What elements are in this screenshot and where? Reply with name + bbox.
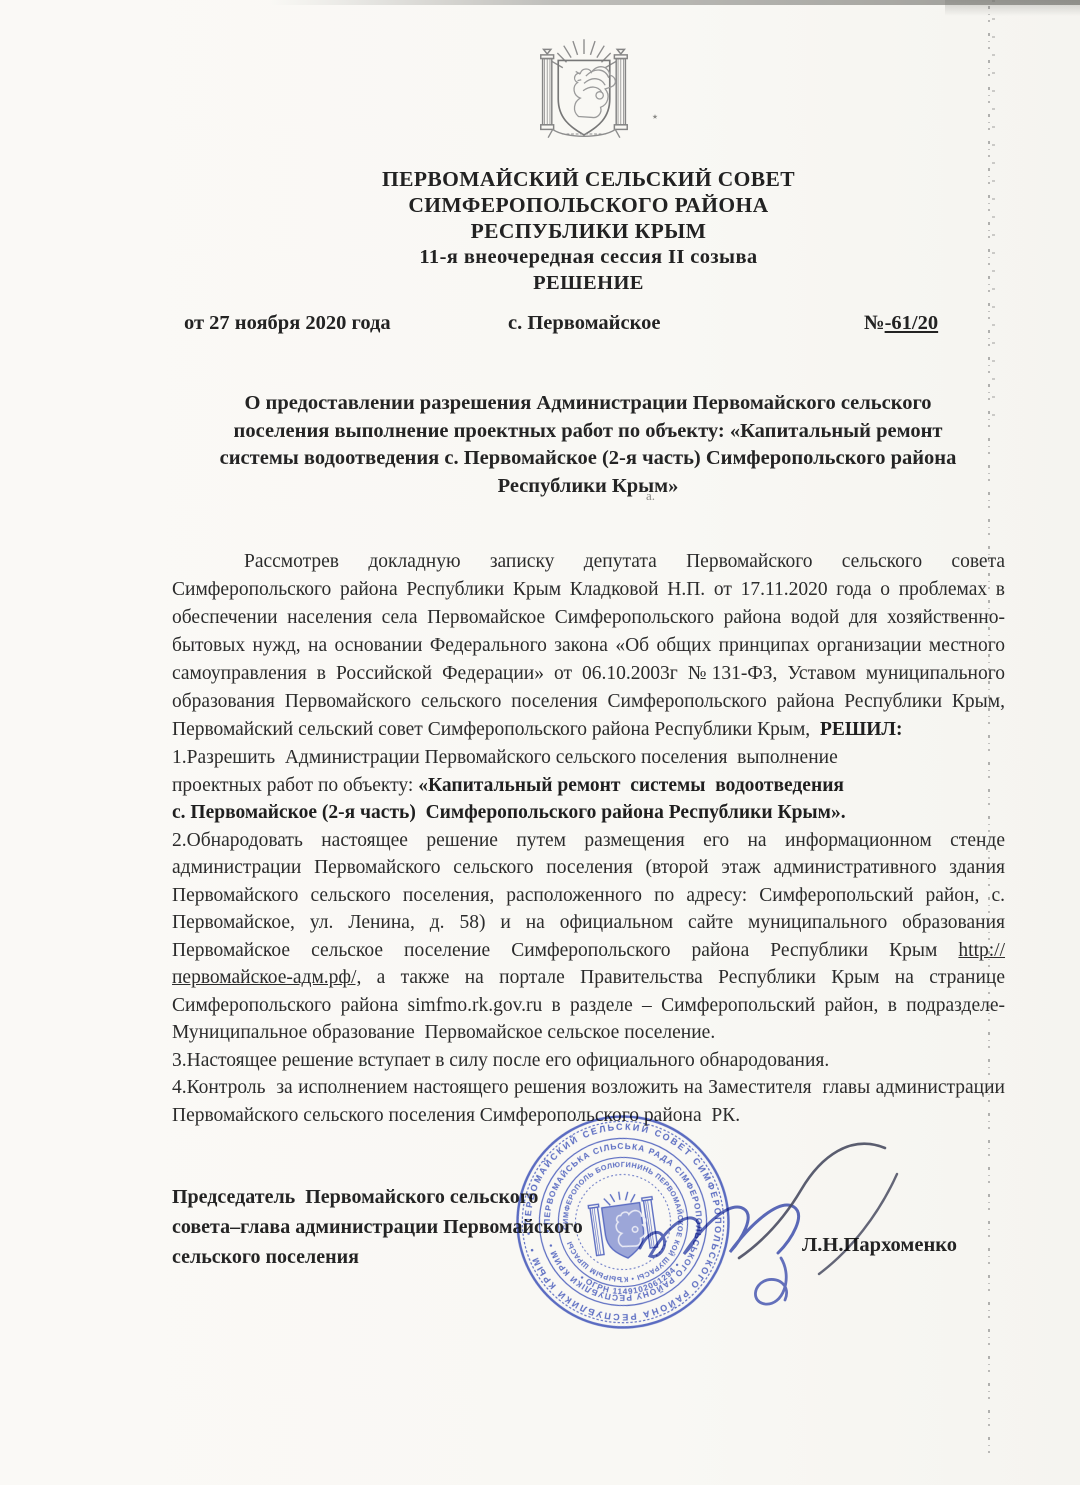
- motto-ribbon-icon: [548, 129, 620, 137]
- scan-edge-artifact: [988, 6, 990, 1458]
- item-paragraph-2: 2.Обнародовать настоящее решение путем р…: [172, 827, 1005, 1047]
- meta-row: от 27 ноября 2020 года с. Первомайское №…: [172, 312, 1005, 344]
- scan-corner-smudge: [945, 0, 1080, 16]
- document-header: ПЕРВОМАЙСКИЙ СЕЛЬСКИЙ СОВЕТ СИМФЕРОПОЛЬС…: [172, 166, 1005, 296]
- document-number: №-61/20: [864, 312, 938, 335]
- document-date: от 27 ноября 2020 года: [184, 312, 391, 335]
- preamble-paragraph: Рассмотрев докладную записку депутата Пе…: [172, 548, 1005, 744]
- item-paragraph-3: 3.Настоящее решение вступает в силу посл…: [172, 1047, 1005, 1075]
- scanned-document-page: ПЕРВОМАЙСКИЙ СЕЛЬСКИЙ СОВЕТ СИМФЕРОПОЛЬС…: [0, 0, 1080, 1485]
- scan-speck-star: ٭: [652, 110, 658, 123]
- sun-rays-icon: [552, 39, 616, 68]
- resolution-items: 1.Разрешить Администрации Первомайского …: [172, 744, 1005, 1129]
- scan-speck-letter: а.: [646, 488, 655, 504]
- document-place: с. Первомайское: [508, 312, 660, 335]
- handwritten-signature: [585, 1128, 925, 1328]
- number-value: -61/20: [885, 312, 939, 334]
- item-paragraph-1: 1.Разрешить Администрации Первомайского …: [172, 744, 922, 827]
- crimea-coat-of-arms: [538, 32, 630, 144]
- session-line: 11-я внеочередная сессия II созыва: [172, 244, 1005, 270]
- left-column-icon: [541, 49, 554, 129]
- number-symbol: №: [864, 312, 885, 334]
- org-name-line-2: СИМФЕРОПОЛЬСКОГО РАЙОНА: [172, 192, 1005, 218]
- subject-paragraph: О предоставлении разрешения Администраци…: [194, 390, 982, 500]
- org-name-line-3: РЕСПУБЛИКИ КРЫМ: [172, 218, 1005, 244]
- right-column-icon: [614, 49, 627, 129]
- scan-edge-artifact-2: [992, 0, 995, 420]
- document-type-title: РЕШЕНИЕ: [172, 270, 1005, 296]
- org-name-line-1: ПЕРВОМАЙСКИЙ СЕЛЬСКИЙ СОВЕТ: [172, 166, 1005, 192]
- signature-stroke: [640, 1144, 897, 1304]
